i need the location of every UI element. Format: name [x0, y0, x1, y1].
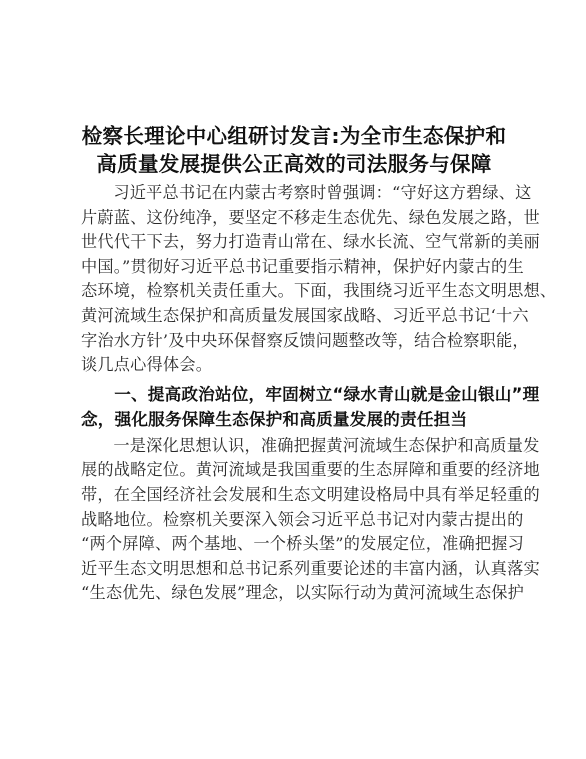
intro-line-5: 态环境，检察机关责任重大。下面，我围绕习近平生态文明思想、 — [81, 279, 507, 304]
heading-line-2: 念，强化服务保障生态保护和高质量发展的责任担当 — [81, 407, 507, 432]
section-line-3: 带，在全国经济社会发展和生态文明建设格局中具有举足轻重的 — [81, 483, 507, 508]
section-line-2: 展的战略定位。黄河流域是我国重要的生态屏障和重要的经济地 — [81, 458, 507, 483]
intro-line-3: 世代代干下去，努力打造青山常在、绿水长流、空气常新的美丽 — [81, 230, 507, 255]
intro-line-7: 字治水方针’及中央环保督察反馈问题整改等，结合检察职能， — [81, 329, 507, 354]
intro-paragraph: 习近平总书记在内蒙古考察时曾强调：“守好这方碧绿、这 片蔚蓝、这份纯净，要坚定不… — [81, 181, 507, 378]
document-title: 检察长理论中心组研讨发言:为全市生态保护和 高质量发展提供公正高效的司法服务与保… — [81, 122, 507, 178]
intro-line-6: 黄河流域生态保护和高质量发展国家战略、习近平总书记‘十六 — [81, 304, 507, 329]
document-page: 检察长理论中心组研讨发言:为全市生态保护和 高质量发展提供公正高效的司法服务与保… — [81, 122, 507, 606]
title-line-2: 高质量发展提供公正高效的司法服务与保障 — [81, 150, 507, 178]
intro-line-1: 习近平总书记在内蒙古考察时曾强调：“守好这方碧绿、这 — [81, 181, 507, 206]
section-line-5: “两个屏障、两个基地、一个桥头堡”的发展定位，准确把握习 — [81, 532, 507, 557]
section-line-1: 一是深化思想认识，准确把握黄河流域生态保护和高质量发 — [81, 434, 507, 459]
intro-line-2: 片蔚蓝、这份纯净，要坚定不移走生态优先、绿色发展之路，世 — [81, 206, 507, 231]
intro-line-8: 谈几点心得体会。 — [81, 353, 507, 378]
section-line-4: 战略地位。检察机关要深入领会习近平总书记对内蒙古提出的 — [81, 508, 507, 533]
section-line-6: 近平生态文明思想和总书记系列重要论述的丰富内涵，认真落实 — [81, 557, 507, 582]
section-paragraph-1: 一是深化思想认识，准确把握黄河流域生态保护和高质量发 展的战略定位。黄河流域是我… — [81, 434, 507, 606]
section-line-7: “生态优先、绿色发展”理念，以实际行动为黄河流域生态保护 — [81, 581, 507, 606]
title-line-1: 检察长理论中心组研讨发言:为全市生态保护和 — [81, 122, 507, 150]
heading-line-1: 一、提高政治站位，牢固树立“绿水青山就是金山银山”理 — [81, 382, 507, 407]
section-heading-1: 一、提高政治站位，牢固树立“绿水青山就是金山银山”理 念，强化服务保障生态保护和… — [81, 382, 507, 432]
intro-line-4: 中国。”贯彻好习近平总书记重要指示精神，保护好内蒙古的生 — [81, 255, 507, 280]
